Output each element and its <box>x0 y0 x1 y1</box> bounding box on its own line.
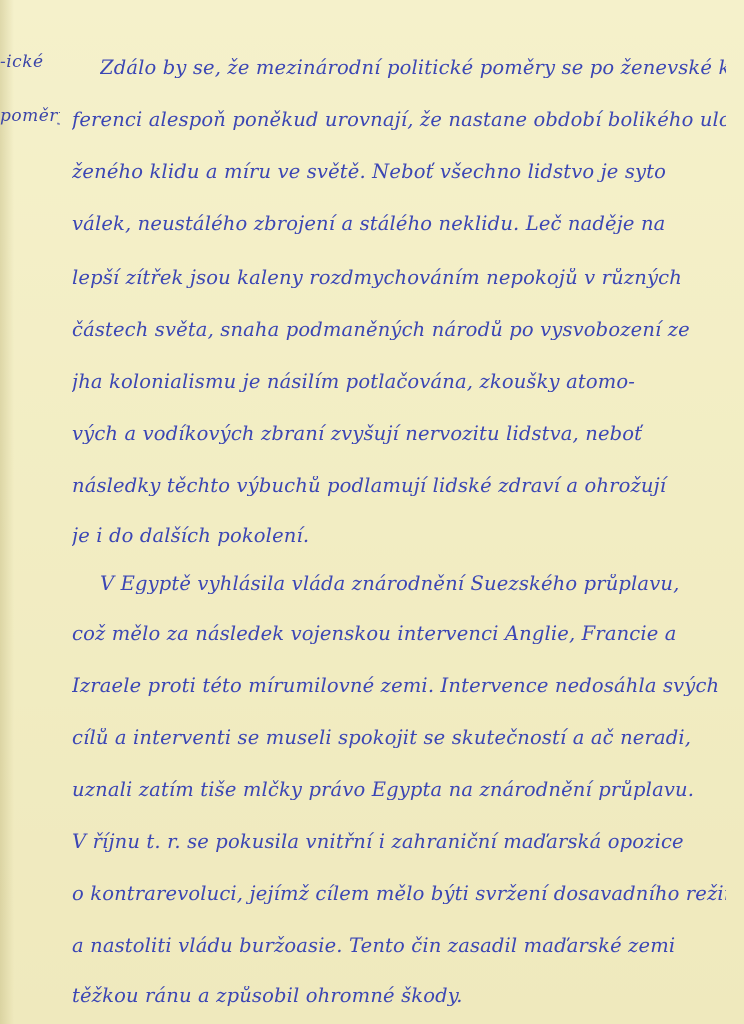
text-line: ženého klidu a míru ve světě. Neboť všec… <box>72 162 726 182</box>
text-line: lepší zítřek jsou kaleny rozdmychováním … <box>72 268 726 288</box>
text-line: cílů a interventi se museli spokojit se … <box>72 728 726 748</box>
text-line: ferenci alespoň poněkud urovnají, že nas… <box>72 110 726 130</box>
text-line: částech světa, snaha podmaněných národů … <box>72 320 726 340</box>
margin-note: poměry <box>0 106 60 126</box>
text-line: o kontrarevoluci, jejímž cílem mělo býti… <box>72 884 726 904</box>
text-line: těžkou ránu a způsobil ohromné škody. <box>72 986 726 1006</box>
text-line: jha kolonialismu je násilím potlačována,… <box>72 372 726 392</box>
text-line: Zdálo by se, že mezinárodní politické po… <box>100 58 726 78</box>
text-line: V Egyptě vyhlásila vláda znárodnění Suez… <box>100 574 726 594</box>
margin-note: -ické <box>0 52 60 72</box>
text-line: následky těchto výbuchů podlamují lidské… <box>72 476 726 496</box>
text-line: V říjnu t. r. se pokusila vnitřní i zahr… <box>72 832 726 852</box>
text-line: je i do dalších pokolení. <box>72 526 726 546</box>
text-line: válek, neustálého zbrojení a stálého nek… <box>72 214 726 234</box>
text-line: a nastoliti vládu buržoasie. Tento čin z… <box>72 936 726 956</box>
scanned-page: -ické poměry Zdálo by se, že mezinárodní… <box>0 0 744 1024</box>
text-line: Izraele proti této mírumilovné zemi. Int… <box>72 676 726 696</box>
text-line: což mělo za následek vojenskou intervenc… <box>72 624 726 644</box>
text-line: vých a vodíkových zbraní zvyšují nervozi… <box>72 424 726 444</box>
text-line: uznali zatím tiše mlčky právo Egypta na … <box>72 780 726 800</box>
